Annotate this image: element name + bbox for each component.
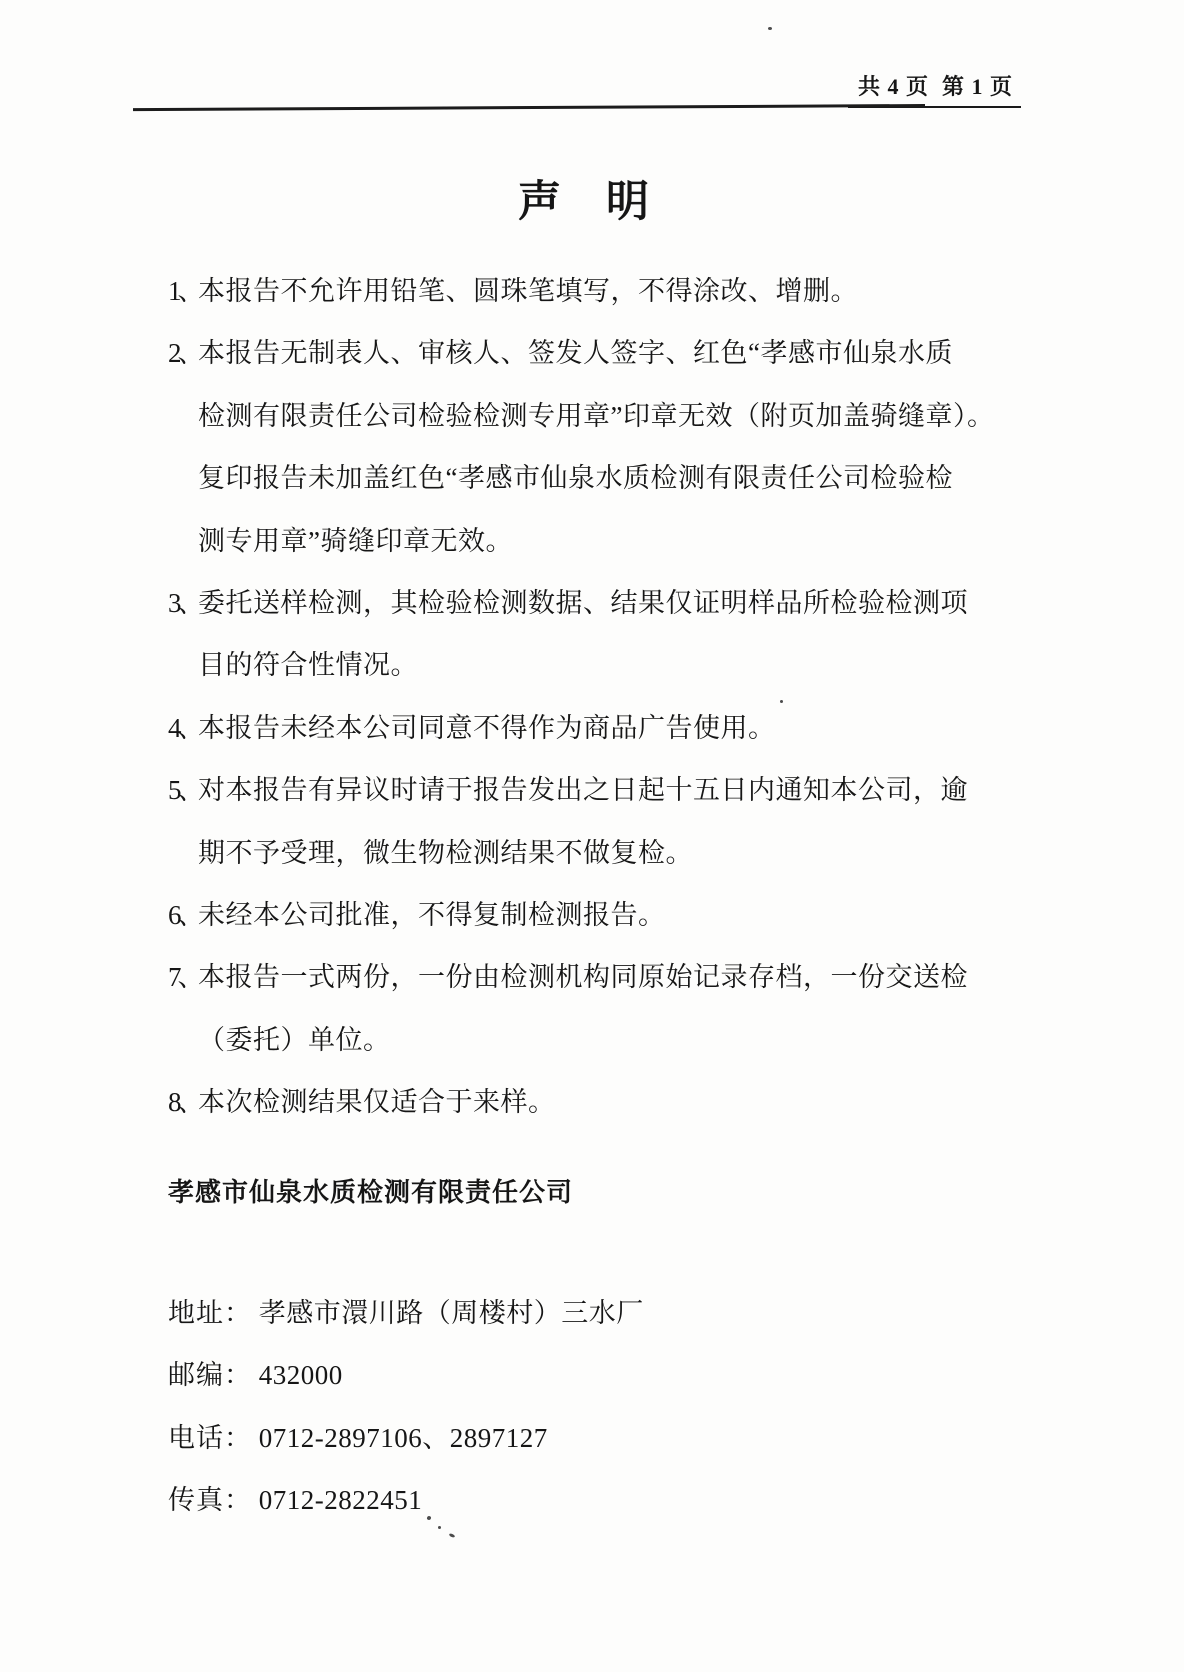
statement-item: 1、 本报告不允许用铅笔、圆珠笔填写，不得涂改、增删。 [168, 260, 1144, 322]
contact-value: 0712-2897106、2897127 [259, 1423, 548, 1453]
statement-list: 1、 本报告不允许用铅笔、圆珠笔填写，不得涂改、增删。 2、 本报告无制表人、审… [168, 260, 1144, 1134]
statement-line: （委托）单位。 [198, 1009, 1144, 1071]
contact-line: 邮编： 432000 [168, 1344, 644, 1406]
statement-line: 本报告一式两份，一份由检测机构同原始记录存档，一份交送检 [198, 946, 1144, 1008]
contact-label: 邮编： [168, 1360, 252, 1390]
statement-number: 6、 [168, 884, 201, 946]
statement-line: 复印报告未加盖红色“孝感市仙泉水质检测有限责任公司检验检 [198, 447, 1144, 509]
statement-lines: 本报告无制表人、审核人、签发人签字、红色“孝感市仙泉水质检测有限责任公司检验检测… [198, 322, 1144, 572]
statement-item: 4、 本报告未经本公司同意不得作为商品广告使用。 [168, 697, 1144, 759]
document-page: 共 4 页 第 1 页 声 明 1、 本报告不允许用铅笔、圆珠笔填写，不得涂改、… [0, 0, 1184, 1672]
statement-number: 4、 [168, 697, 201, 759]
header-divider-line [133, 104, 925, 111]
contact-block: 地址： 孝感市澴川路（周楼村）三水厂 邮编： 432000 电话： 0712-2… [168, 1282, 644, 1532]
statement-line: 本报告未经本公司同意不得作为商品广告使用。 [198, 697, 1144, 759]
statement-lines: 本次检测结果仅适合于来样。 [198, 1071, 1144, 1133]
statement-lines: 未经本公司批准，不得复制检测报告。 [198, 884, 1144, 946]
statement-line: 对本报告有异议时请于报告发出之日起十五日内通知本公司，逾 [198, 759, 1144, 821]
statement-item: 6、 未经本公司批准，不得复制检测报告。 [168, 884, 1144, 946]
statement-line: 测专用章”骑缝印章无效。 [198, 510, 1144, 572]
statement-lines: 对本报告有异议时请于报告发出之日起十五日内通知本公司，逾期不予受理，微生物检测结… [198, 759, 1144, 884]
statement-item: 8、 本次检测结果仅适合于来样。 [168, 1071, 1144, 1133]
scan-speck [768, 27, 772, 30]
contact-label: 地址： [168, 1298, 252, 1328]
statement-line: 本报告不允许用铅笔、圆珠笔填写，不得涂改、增删。 [198, 260, 1144, 322]
statement-number: 8、 [168, 1071, 201, 1133]
contact-line: 传真： 0712-2822451 [168, 1469, 644, 1531]
statement-line: 本次检测结果仅适合于来样。 [198, 1071, 1144, 1133]
page-title: 声 明 [0, 168, 1168, 229]
contact-value: 432000 [259, 1360, 343, 1390]
statement-number: 7、 [168, 946, 201, 1008]
contact-value: 孝感市澴川路（周楼村）三水厂 [259, 1298, 644, 1328]
statement-line: 委托送样检测，其检验检测数据、结果仅证明样品所检验检测项 [198, 572, 1144, 634]
statement-number: 1、 [168, 260, 201, 322]
scan-speck [449, 1533, 456, 1538]
statement-lines: 本报告一式两份，一份由检测机构同原始记录存档，一份交送检（委托）单位。 [198, 946, 1144, 1071]
contact-label: 传真： [168, 1485, 252, 1515]
statement-number: 5、 [168, 759, 201, 821]
company-name: 孝感市仙泉水质检测有限责任公司 [168, 1172, 573, 1209]
contact-line: 电话： 0712-2897106、2897127 [168, 1407, 644, 1469]
statement-line: 本报告无制表人、审核人、签发人签字、红色“孝感市仙泉水质 [198, 322, 1144, 384]
statement-line: 检测有限责任公司检验检测专用章”印章无效（附页加盖骑缝章）。 [198, 385, 1144, 447]
scan-speck [780, 700, 783, 703]
statement-item: 3、 委托送样检测，其检验检测数据、结果仅证明样品所检验检测项目的符合性情况。 [168, 572, 1144, 697]
contact-line: 地址： 孝感市澴川路（周楼村）三水厂 [168, 1282, 644, 1344]
statement-line: 期不予受理，微生物检测结果不做复检。 [198, 822, 1144, 884]
statement-item: 2、 本报告无制表人、审核人、签发人签字、红色“孝感市仙泉水质检测有限责任公司检… [168, 322, 1144, 572]
page-number-info: 共 4 页 第 1 页 [848, 70, 1021, 108]
statement-lines: 本报告未经本公司同意不得作为商品广告使用。 [198, 697, 1144, 759]
contact-value: 0712-2822451 [259, 1485, 423, 1515]
contact-label: 电话： [168, 1423, 252, 1453]
statement-item: 5、 对本报告有异议时请于报告发出之日起十五日内通知本公司，逾期不予受理，微生物… [168, 759, 1144, 884]
statement-number: 2、 [168, 322, 201, 384]
scan-speck [438, 1526, 441, 1529]
statement-number: 3、 [168, 572, 201, 634]
statement-lines: 本报告不允许用铅笔、圆珠笔填写，不得涂改、增删。 [198, 260, 1144, 322]
statement-item: 7、 本报告一式两份，一份由检测机构同原始记录存档，一份交送检（委托）单位。 [168, 946, 1144, 1071]
statement-line: 目的符合性情况。 [198, 634, 1144, 696]
statement-lines: 委托送样检测，其检验检测数据、结果仅证明样品所检验检测项目的符合性情况。 [198, 572, 1144, 697]
statement-line: 未经本公司批准，不得复制检测报告。 [198, 884, 1144, 946]
